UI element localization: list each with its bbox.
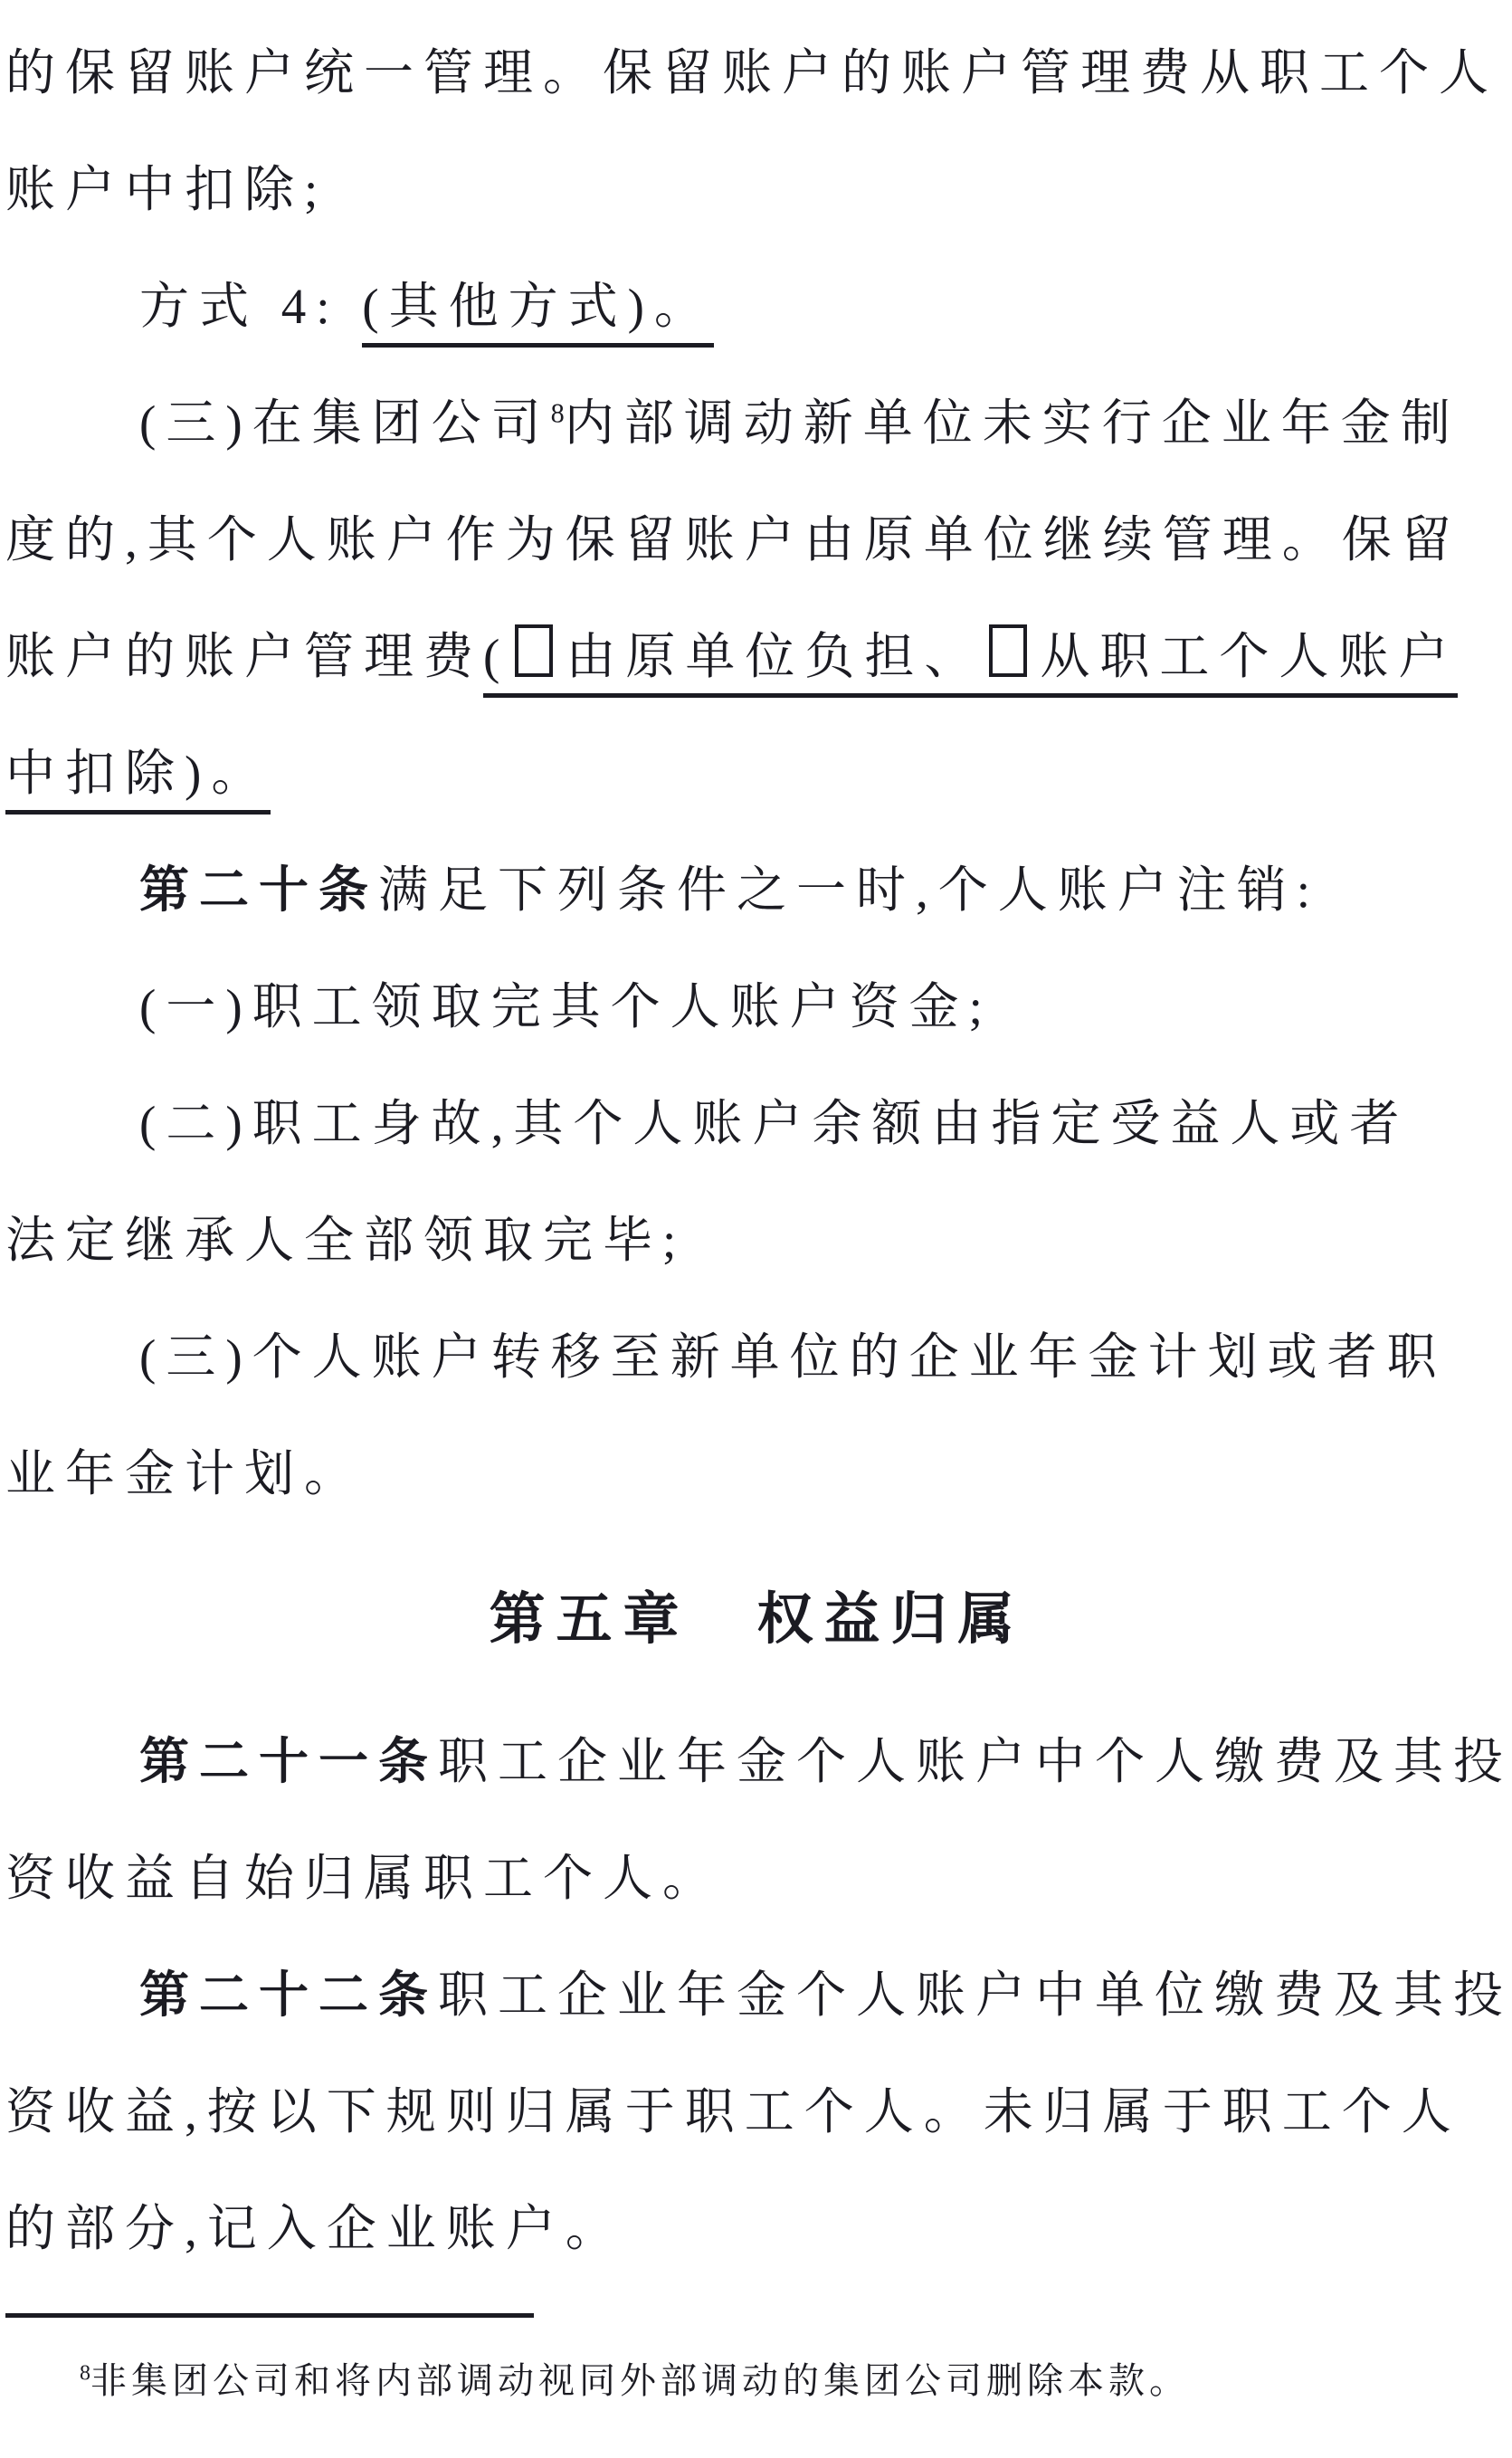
line-text: 内部调动新单位未实行企业年金制 [565, 395, 1460, 451]
document-page: 的保留账户统一管理。保留账户的账户管理费从职工个人 账户中扣除; 方式 4: (… [0, 0, 1512, 2458]
line-text: 职工企业年金个人账户中单位缴费及其投 [438, 1967, 1512, 2023]
checkbox-icon [515, 624, 553, 677]
chapter-heading: 第五章 权益归属 [5, 1559, 1508, 1680]
line-text: 满足下列条件之一时,个人账户注销: [378, 862, 1320, 918]
line-text: 从职工个人账户 [1040, 629, 1458, 684]
footnote-marker: 8 [80, 2362, 90, 2386]
footnote: 8非集团公司和将内部调动视同外部调动的集团公司删除本款。 [5, 2313, 1507, 2404]
paragraph-line: 的保留账户统一管理。保留账户的账户管理费从职工个人 [5, 14, 1508, 131]
underlined-blank: (其他方式)。 [362, 279, 714, 348]
paragraph-line: 资收益自始归属职工个人。 [5, 1820, 1508, 1937]
footnote-separator [5, 2313, 534, 2318]
line-text: (三)在集团公司 [139, 395, 551, 451]
paragraph-line: 账户的账户管理费(由原单位负担、从职工个人账户 [5, 598, 1508, 715]
paragraph-line: (二)职工身故,其个人账户余额由指定受益人或者 [5, 1065, 1508, 1182]
paragraph-line: 第二十二条职工企业年金个人账户中单位缴费及其投 [5, 1937, 1508, 2053]
checkbox-icon [989, 624, 1027, 677]
paragraph-line: 账户中扣除; [5, 131, 1508, 248]
paragraph-line: 业年金计划。 [5, 1415, 1508, 1532]
article-number: 第二十二条 [139, 1967, 438, 2023]
underlined-options: (由原单位负担、从职工个人账户 [483, 629, 1458, 698]
article-number: 第二十一条 [139, 1734, 438, 1789]
paragraph-line: 度的,其个人账户作为保留账户由原单位继续管理。保留 [5, 481, 1508, 598]
underlined-options: 中扣除)。 [5, 746, 271, 815]
paragraph-line: 方式 4: (其他方式)。 [5, 248, 1508, 365]
paragraph-line: 中扣除)。 [5, 715, 1508, 832]
line-text: ( [483, 629, 509, 684]
paragraph-line: 第二十一条职工企业年金个人账户中个人缴费及其投 [5, 1703, 1508, 1820]
paragraph-line: (三)个人账户转移至新单位的企业年金计划或者职 [5, 1299, 1508, 1415]
paragraph-line: (三)在集团公司8内部调动新单位未实行企业年金制 [5, 365, 1508, 481]
paragraph-line: 第二十条满足下列条件之一时,个人账户注销: [5, 832, 1508, 948]
line-text: 职工企业年金个人账户中个人缴费及其投 [438, 1734, 1512, 1789]
paragraph-line: 的部分,记入企业账户。 [5, 2170, 1508, 2287]
paragraph-line: 法定继承人全部领取完毕; [5, 1182, 1508, 1299]
paragraph-line: 资收益,按以下规则归属于职工个人。未归属于职工个人 [5, 2053, 1508, 2170]
line-text: 非集团公司和将内部调动视同外部调动的集团公司删除本款。 [90, 2360, 1190, 2401]
line-text: 方式 4: [139, 279, 362, 334]
footnote-text: 8非集团公司和将内部调动视同外部调动的集团公司删除本款。 [5, 2352, 1507, 2404]
line-text: 账户的账户管理费 [5, 629, 483, 684]
paragraph-line: (一)职工领取完其个人账户资金; [5, 948, 1508, 1065]
footnote-reference: 8 [551, 398, 565, 429]
article-number: 第二十条 [139, 862, 378, 918]
line-text: 由原单位负担、 [566, 629, 984, 684]
